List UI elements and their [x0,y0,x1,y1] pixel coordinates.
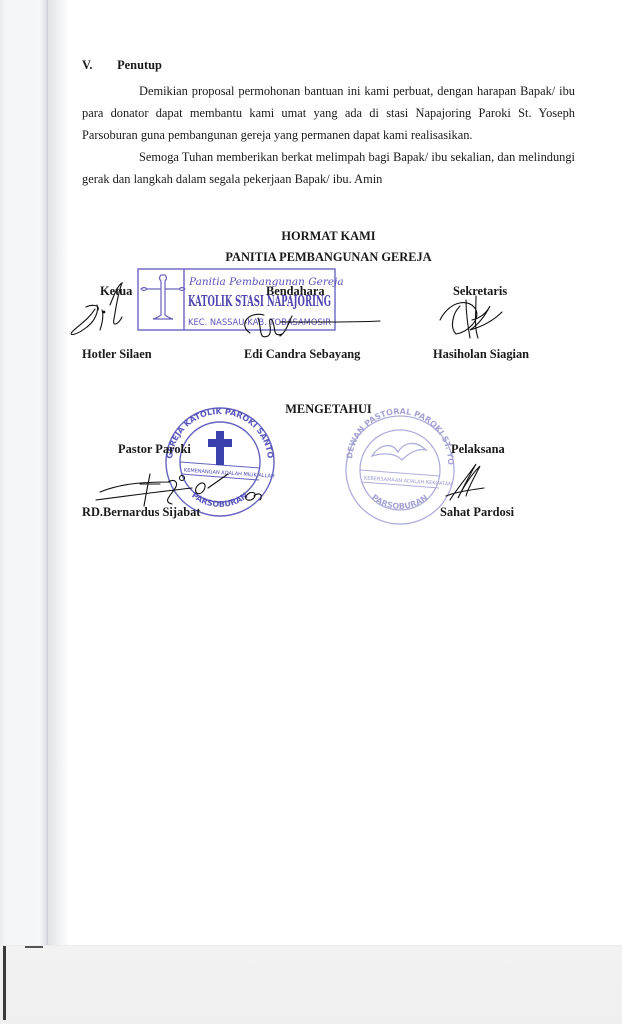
name-ketua: Hotler Silaen [82,347,152,362]
role-pelaksana: Pelaksana [451,442,505,457]
committee-title: PANITIA PEMBANGUNAN GEREJA [82,250,575,265]
role-pastor-paroki: Pastor Paroki [118,442,191,457]
name-pastor-paroki: RD.Bernardus Sijabat [82,505,200,520]
stamp-sub-line: KEC. NASSAU-KAB. TOBASAMOSIR [188,318,331,328]
name-pelaksana: Sahat Pardosi [440,505,514,520]
role-ketua: Ketua [100,284,132,299]
name-bendahara: Edi Candra Sebayang [244,347,360,362]
council-stamp-bottom-text: PARSOBURAN [370,493,429,511]
acknowledgement-title: MENGETAHUI [82,402,575,417]
closing-paragraph-2: Semoga Tuhan memberikan berkat melimpah … [82,146,575,190]
role-bendahara: Bendahara [266,284,325,299]
role-sekretaris: Sekretaris [453,284,507,299]
section-title: Penutup [117,58,162,72]
scan-dash-mark [25,946,43,948]
name-sekretaris: Hasiholan Siagian [433,347,529,362]
closing-regards: HORMAT KAMI [82,229,575,244]
section-number: V. [82,58,114,73]
parish-stamp-band-text: KEMENANGAN ADALAH MILIK ALLAH [184,467,275,479]
council-stamp-band-text: KEBERSAMAAN ADALAH KEKUATAN [364,475,453,487]
scan-left-margin [0,0,48,1024]
page-gutter-shadow [48,0,70,1024]
section-heading: V. Penutup [82,58,162,73]
scan-bottom-area [0,945,622,1024]
scan-edge-mark [3,946,6,1020]
svg-text:PARSOBURAN: PARSOBURAN [370,493,429,511]
closing-paragraph-1: Demikian proposal permohonan bantuan ini… [82,80,575,146]
